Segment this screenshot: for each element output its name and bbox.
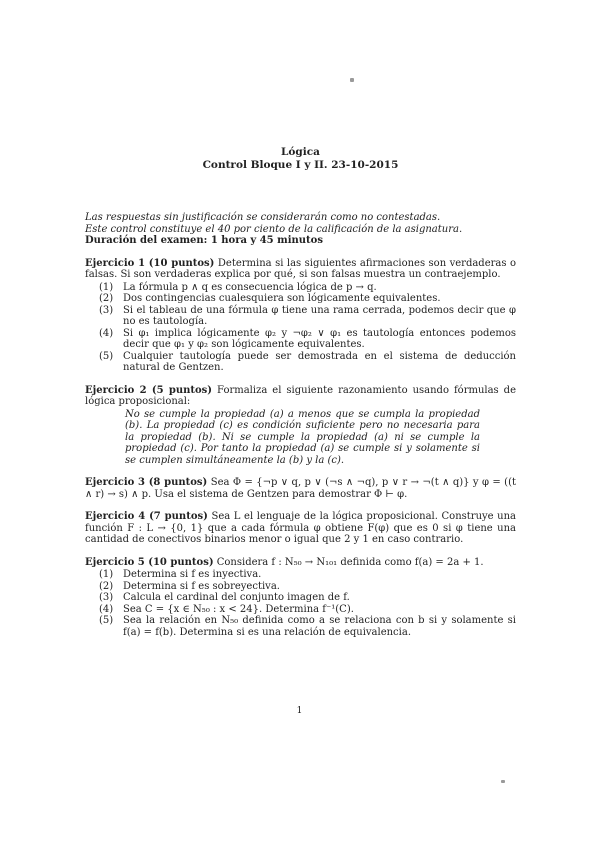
intro-note-1: Las respuestas sin justificación se cons… [85, 212, 516, 224]
exercise-item: (2)Dos contingencias cualesquiera son ló… [85, 293, 516, 305]
exercise-3-heading: Ejercicio 3 (8 puntos) [85, 477, 207, 488]
exercise-3-paragraph: Ejercicio 3 (8 puntos) Sea Φ = {¬p ∨ q, … [85, 477, 516, 500]
exercise-item: (4)Sea C = {x ∈ N₅₀ : x < 24}. Determina… [85, 604, 516, 616]
exercise-4-heading: Ejercicio 4 (7 puntos) [85, 511, 208, 522]
item-text: La fórmula p ∧ q es consecuencia lógica … [123, 282, 516, 294]
item-number: (5) [99, 351, 123, 374]
exercise-2-paragraph: Ejercicio 2 (5 puntos) Formaliza el sigu… [85, 385, 516, 408]
item-number: (5) [99, 615, 123, 638]
exercise-2-quote: No se cumple la propiedad (a) a menos qu… [125, 409, 480, 467]
exercise-5-items: (1)Determina si f es inyectiva. (2)Deter… [85, 569, 516, 638]
item-number: (1) [99, 569, 123, 581]
intro-block: Las respuestas sin justificación se cons… [85, 212, 516, 247]
exercise-3: Ejercicio 3 (8 puntos) Sea Φ = {¬p ∨ q, … [85, 477, 516, 500]
exercise-5-heading: Ejercicio 5 (10 puntos) [85, 557, 214, 568]
item-text: Dos contingencias cualesquiera son lógic… [123, 293, 516, 305]
exercise-1-items: (1)La fórmula p ∧ q es consecuencia lógi… [85, 282, 516, 374]
item-number: (3) [99, 592, 123, 604]
document-subtitle: Control Bloque I y II. 23-10-2015 [85, 159, 516, 172]
exercise-item: (1)La fórmula p ∧ q es consecuencia lógi… [85, 282, 516, 294]
exercise-item: (3)Si el tableau de una fórmula φ tiene … [85, 305, 516, 328]
exercise-item: (5)Sea la relación en N₅₀ definida como … [85, 615, 516, 638]
item-text: Si φ₁ implica lógicamente φ₂ y ¬φ₂ ∨ φ₁ … [123, 328, 516, 351]
exercise-item: (3)Calcula el cardinal del conjunto imag… [85, 592, 516, 604]
item-number: (2) [99, 293, 123, 305]
exercise-5-body: Considera f : N₅₀ → N₁₀₁ definida como f… [217, 557, 484, 568]
page-number: 1 [0, 706, 599, 716]
document-page: Lógica Control Bloque I y II. 23-10-2015… [0, 0, 599, 848]
exercise-2-heading: Ejercicio 2 (5 puntos) [85, 385, 212, 396]
exercise-item: (2)Determina si f es sobreyectiva. [85, 581, 516, 593]
exam-content: Lógica Control Bloque I y II. 23-10-2015… [85, 146, 516, 638]
item-number: (2) [99, 581, 123, 593]
scan-speck [501, 780, 505, 783]
exercise-item: (4)Si φ₁ implica lógicamente φ₂ y ¬φ₂ ∨ … [85, 328, 516, 351]
item-text: Determina si f es sobreyectiva. [123, 581, 516, 593]
exercise-1-paragraph: Ejercicio 1 (10 puntos) Determina si las… [85, 258, 516, 281]
title-block: Lógica Control Bloque I y II. 23-10-2015 [85, 146, 516, 172]
item-number: (4) [99, 604, 123, 616]
exercise-4: Ejercicio 4 (7 puntos) Sea L el lenguaje… [85, 511, 516, 546]
exercise-item: (1)Determina si f es inyectiva. [85, 569, 516, 581]
item-text: Determina si f es inyectiva. [123, 569, 516, 581]
item-number: (1) [99, 282, 123, 294]
intro-note-2: Este control constituye el 40 por ciento… [85, 224, 516, 236]
item-text: Sea la relación en N₅₀ definida como a s… [123, 615, 516, 638]
item-number: (4) [99, 328, 123, 351]
item-text: Cualquier tautología puede ser demostrad… [123, 351, 516, 374]
exercise-5: Ejercicio 5 (10 puntos) Considera f : N₅… [85, 557, 516, 639]
exercise-1-heading: Ejercicio 1 (10 puntos) [85, 258, 214, 269]
item-text: Calcula el cardinal del conjunto imagen … [123, 592, 516, 604]
exercise-4-paragraph: Ejercicio 4 (7 puntos) Sea L el lenguaje… [85, 511, 516, 546]
scan-speck [350, 78, 354, 82]
exercise-item: (5)Cualquier tautología puede ser demost… [85, 351, 516, 374]
intro-duration: Duración del examen: 1 hora y 45 minutos [85, 235, 516, 247]
document-title: Lógica [85, 146, 516, 159]
item-text: Si el tableau de una fórmula φ tiene una… [123, 305, 516, 328]
exercise-5-paragraph: Ejercicio 5 (10 puntos) Considera f : N₅… [85, 557, 516, 569]
exercise-1: Ejercicio 1 (10 puntos) Determina si las… [85, 258, 516, 374]
exercise-2: Ejercicio 2 (5 puntos) Formaliza el sigu… [85, 385, 516, 467]
item-number: (3) [99, 305, 123, 328]
item-text: Sea C = {x ∈ N₅₀ : x < 24}. Determina f⁻… [123, 604, 516, 616]
